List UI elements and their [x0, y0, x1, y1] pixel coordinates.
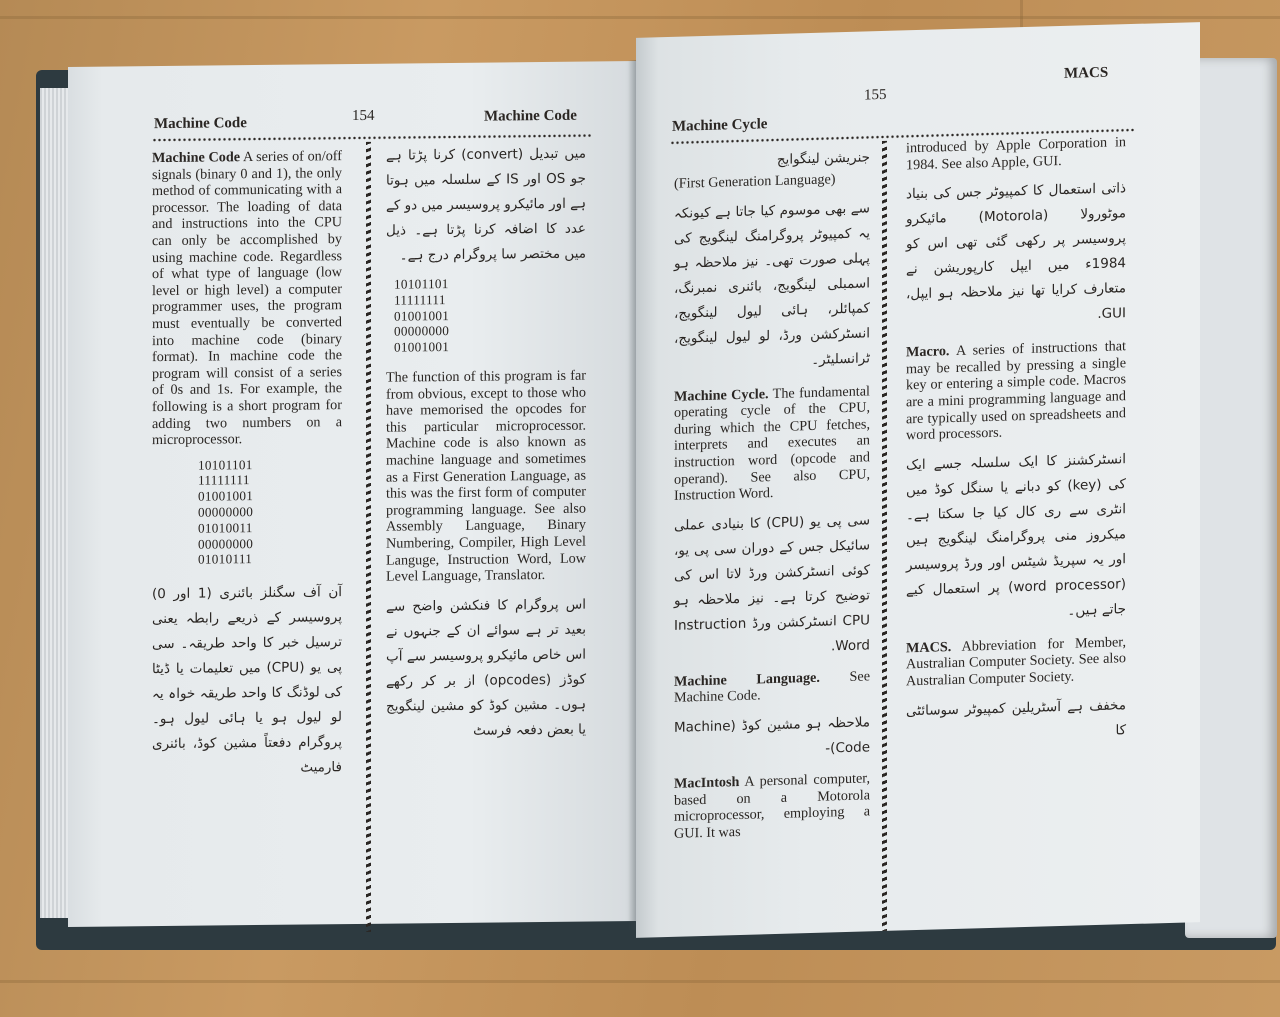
urdu-translation: میں تبدیل (convert) کرنا پڑتا ہے جو OS ا… — [386, 142, 586, 269]
entry-machine-code: Machine Code A series of on/off signals … — [152, 148, 342, 449]
entry-macintosh: MacIntosh A personal computer, based on … — [674, 770, 870, 842]
table-grain — [0, 980, 1280, 983]
urdu-translation: ملاحظہ ہو مشین کوڈ (Machine Code)- — [674, 710, 870, 765]
running-header-right: MACS — [1064, 65, 1108, 83]
urdu-translation: آن آف سگنلز بائنری (1 اور 0) پروسیسر کے … — [152, 580, 342, 782]
page-number: 155 — [864, 87, 887, 105]
right-page-column-2: introduced by Apple Corporation in 1984.… — [906, 134, 1126, 749]
entry-macro: Macro. A series of instructions that may… — [906, 338, 1126, 444]
running-header-left: Machine Code — [154, 115, 247, 133]
table-grain — [0, 16, 1280, 19]
entry-machine-language: Machine Language. See Machine Code. — [674, 668, 870, 707]
left-page-column-2: میں تبدیل (convert) کرنا پڑتا ہے جو OS ا… — [386, 142, 586, 745]
entry-definition: The function of this program is far from… — [386, 368, 586, 586]
binary-line: 10101101 — [198, 456, 342, 473]
page-number: 154 — [352, 108, 375, 125]
entry-term: Machine Language. — [674, 669, 820, 689]
left-page: Machine Code 154 Machine Code Machine Co… — [68, 61, 642, 927]
entry-term: MacIntosh — [674, 774, 739, 792]
binary-line: 01001001 — [198, 487, 342, 504]
binary-line: 01001001 — [394, 338, 586, 356]
binary-listing: 10101101 11111111 01001001 00000000 0100… — [386, 275, 586, 356]
running-header-right: Machine Code — [484, 108, 577, 126]
column-divider — [882, 141, 887, 931]
urdu-translation: ذاتی استعمال کا کمپیوٹر جس کی بنیاد موٹو… — [906, 176, 1126, 332]
continuation-english: introduced by Apple Corporation in 1984.… — [906, 134, 1126, 173]
header-dotted-rule — [152, 134, 592, 143]
right-page: Machine Cycle 155 MACS جنریشن لینگوایج (… — [636, 22, 1200, 938]
running-header-left: Machine Cycle — [672, 116, 767, 136]
binary-line: 00000000 — [198, 503, 342, 520]
urdu-translation: سے بھی موسوم کیا جاتا ہے کیونکہ یہ کمپیو… — [674, 196, 870, 376]
binary-line: 01010111 — [198, 551, 342, 568]
entry-term: Macro. — [906, 343, 949, 360]
urdu-translation: مخفف ہے آسٹریلین کمپیوٹر سوسائٹی کا — [906, 693, 1126, 749]
entry-term: Machine Code — [152, 149, 240, 166]
entry-macs: MACS. Abbreviation for Member, Australia… — [906, 634, 1126, 690]
binary-listing: 10101101 11111111 01001001 00000000 0101… — [152, 456, 342, 569]
entry-term: MACS. — [906, 639, 951, 656]
binary-line: 11111111 — [198, 472, 342, 489]
binary-line: 00000000 — [198, 535, 342, 552]
entry-machine-cycle: Machine Cycle. The fundamental operating… — [674, 383, 870, 505]
right-page-column-1: جنریشن لینگوایج (First Generation Langua… — [674, 145, 870, 851]
entry-term: Machine Cycle. — [674, 386, 769, 405]
urdu-translation: سی پی یو (CPU) کا بنیادی عملی سائیکل جس … — [674, 508, 870, 663]
entry-definition: A series of on/off signals (binary 0 and… — [152, 148, 342, 448]
binary-line: 01010011 — [198, 519, 342, 536]
column-divider — [366, 142, 371, 932]
urdu-translation: اس پروگرام کا فنکشن واضح سے بعید تر ہے س… — [386, 592, 586, 744]
urdu-translation: انسٹرکشنز کا ایک سلسلہ جسے ایک کی (key) … — [906, 447, 1126, 628]
left-page-column-1: Machine Code A series of on/off signals … — [152, 148, 342, 782]
